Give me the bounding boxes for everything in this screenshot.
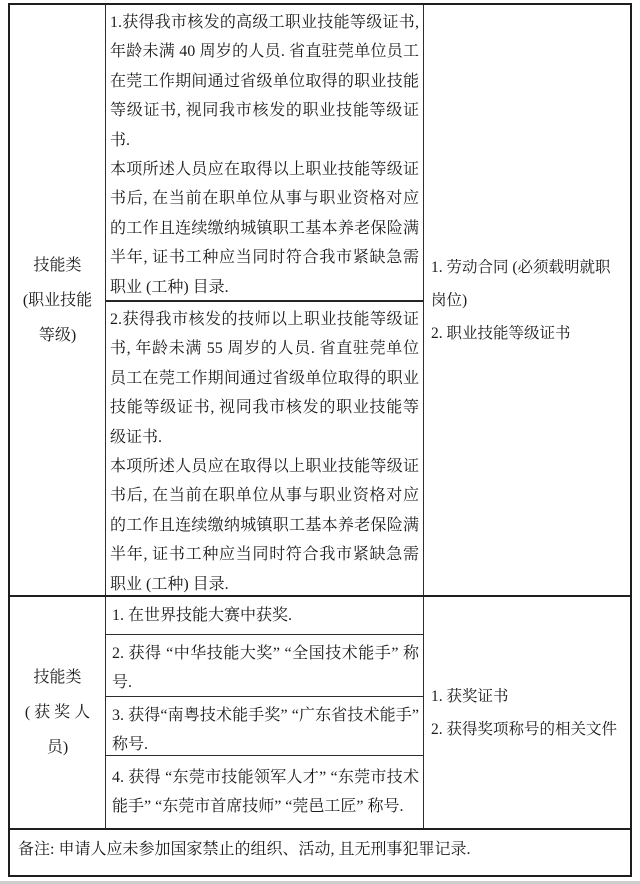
category-cell-skill-level: 技能类 (职业技能 等级)	[10, 5, 106, 595]
criteria-cell-senior-worker: 1.获得我市核发的高级工职业技能等级证书, 年龄未满 40 周岁的人员. 省直驻…	[106, 5, 423, 302]
category-line: 技能类	[33, 660, 81, 695]
document-line: 2. 职业技能等级证书	[431, 317, 626, 350]
documents-cell-skill-level: 1. 劳动合同 (必须载明就职岗位) 2. 职业技能等级证书	[424, 5, 630, 595]
note-row: 备注: 申请人应未参加国家禁止的组织、活动, 且无刑事犯罪记录.	[10, 830, 630, 875]
criteria-cell-national-award: 2. 获得 “中华技能大奖” “全国技术能手” 称号.	[106, 635, 423, 697]
document-line: 2. 获得奖项称号的相关文件	[431, 713, 626, 746]
document-line: 1. 获奖证书	[431, 680, 626, 713]
criteria-column: 1. 在世界技能大赛中获奖. 2. 获得 “中华技能大奖” “全国技术能手” 称…	[106, 597, 424, 828]
category-line: 技能类	[33, 248, 81, 283]
criteria-paragraph: 2.获得我市核发的技师以上职业技能等级证书, 年龄未满 55 周岁的人员. 省直…	[110, 305, 419, 452]
category-line: 员)	[47, 730, 68, 765]
criteria-cell-world-skills: 1. 在世界技能大赛中获奖.	[106, 597, 423, 635]
criteria-paragraph: 本项所述人员应在取得以上职业技能等级证书后, 在当前在职单位从事与职业资格对应的…	[110, 452, 419, 595]
criteria-text: 1. 在世界技能大赛中获奖.	[112, 607, 292, 624]
criteria-text: 2. 获得 “中华技能大奖” “全国技术能手” 称号.	[112, 645, 419, 691]
requirements-table: 技能类 (职业技能 等级) 1.获得我市核发的高级工职业技能等级证书, 年龄未满…	[8, 3, 632, 877]
criteria-cell-city-award: 4. 获得 “东莞市技能领军人才” “东莞市技术能手” “东莞市首席技师” “莞…	[106, 756, 423, 828]
criteria-cell-technician: 2.获得我市核发的技师以上职业技能等级证书, 年龄未满 55 周岁的人员. 省直…	[106, 302, 423, 595]
document-line: 1. 劳动合同 (必须载明就职岗位)	[431, 251, 626, 317]
criteria-paragraph: 本项所述人员应在取得以上职业技能等级证书后, 在当前在职单位从事与职业资格对应的…	[110, 155, 419, 302]
criteria-column: 1.获得我市核发的高级工职业技能等级证书, 年龄未满 40 周岁的人员. 省直驻…	[106, 5, 424, 595]
criteria-paragraph: 1.获得我市核发的高级工职业技能等级证书, 年龄未满 40 周岁的人员. 省直驻…	[110, 8, 419, 155]
category-line: (职业技能	[23, 283, 92, 318]
criteria-cell-provincial-award: 3. 获得“南粤技术能手奖” “广东省技术能手” 称号.	[106, 697, 423, 756]
category-line: ( 获 奖 人	[25, 695, 90, 730]
criteria-text: 4. 获得 “东莞市技能领军人才” “东莞市技术能手” “东莞市首席技师” “莞…	[112, 769, 419, 815]
document-page: 技能类 (职业技能 等级) 1.获得我市核发的高级工职业技能等级证书, 年龄未满…	[0, 0, 640, 884]
category-line: 等级)	[39, 318, 76, 353]
table-row-skill-level: 技能类 (职业技能 等级) 1.获得我市核发的高级工职业技能等级证书, 年龄未满…	[10, 5, 630, 597]
category-cell-award-winners: 技能类 ( 获 奖 人 员)	[10, 597, 106, 828]
note-text: 备注: 申请人应未参加国家禁止的组织、活动, 且无刑事犯罪记录.	[18, 837, 470, 863]
documents-cell-award-winners: 1. 获奖证书 2. 获得奖项称号的相关文件	[424, 597, 630, 828]
criteria-text: 3. 获得“南粤技术能手奖” “广东省技术能手” 称号.	[112, 707, 419, 753]
table-row-award-winners: 技能类 ( 获 奖 人 员) 1. 在世界技能大赛中获奖. 2. 获得 “中华技…	[10, 597, 630, 830]
